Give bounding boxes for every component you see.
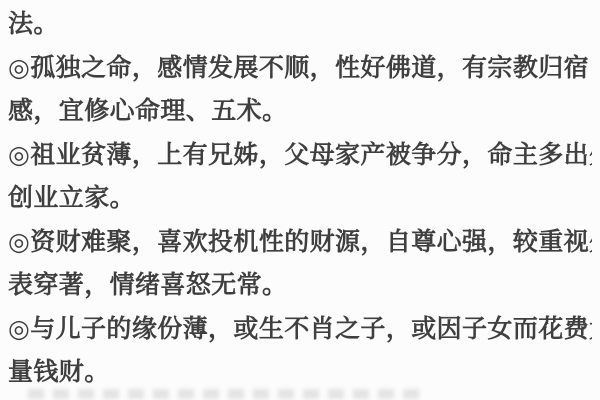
- text-line-9: 量钱财。: [8, 350, 592, 394]
- text-line-8: ◎与儿子的缘份薄，或生不肖之子，或因子女而花费大: [8, 307, 592, 351]
- text-line-2: ◎孤独之命，感情发展不顺，性好佛道，有宗教归宿: [8, 46, 592, 90]
- text-line-4: ◎祖业贫薄，上有兄姊，父母家产被争分，命主多出外: [8, 133, 592, 177]
- text-line-5: 创业立家。: [8, 176, 592, 220]
- document-page: 法。 ◎孤独之命，感情发展不顺，性好佛道，有宗教归宿 感，宜修心命理、五术。 ◎…: [0, 0, 600, 400]
- text-line-7: 表穿著，情绪喜怒无常。: [8, 263, 592, 307]
- text-line-1: 法。: [8, 2, 592, 46]
- cutoff-text-smudge: [28, 389, 428, 399]
- text-line-3: 感，宜修心命理、五术。: [8, 89, 592, 133]
- text-line-6: ◎资财难聚，喜欢投机性的财源，自尊心强，较重视外: [8, 220, 592, 264]
